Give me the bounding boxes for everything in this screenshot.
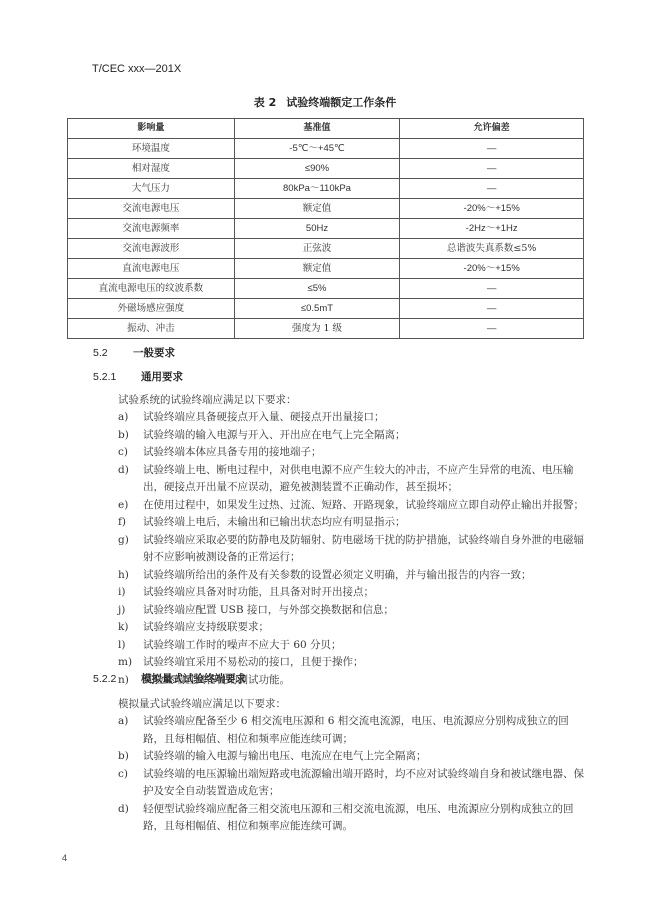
general-requirements-list: a)试验终端应具备硬接点开入量、硬接点开出量接口； b)试验终端的输入电源与开入… [118,409,588,689]
list-marker: c) [118,766,128,784]
tolerance-cell: 总谐波失真系数≤5% [400,239,584,259]
tolerance-cell: — [400,139,584,159]
list-marker: b) [118,427,129,445]
list-text: 试验终端本体应具备专用的接地端子； [143,446,322,458]
table-number: 表 2 [254,96,276,109]
intro-paragraph: 模拟量式试验终端应满足以下要求： [118,696,286,711]
table-row: 外磁场感应强度≤0.5mT— [68,299,584,319]
reference-cell: 正弦波 [234,239,400,259]
list-marker: m) [118,654,132,672]
page-number: 4 [62,853,67,863]
column-header: 基准值 [234,119,400,139]
section-number: 5.2 [93,347,133,359]
list-marker: g) [118,532,129,550]
list-text: 试验终端应支持级联要求； [143,621,269,633]
rated-conditions-table: 影响量 基准值 允许偏差 环境温度-5℃～+45℃— 相对湿度≤90%— 大气压… [67,118,584,339]
influence-cell: 大气压力 [68,179,235,199]
list-marker: c) [118,444,128,462]
list-marker: a) [118,713,128,731]
list-text: 试验终端所给出的条件及有关参数的设置必须定义明确，并与输出报告的内容一致； [143,569,532,581]
list-text: 轻便型试验终端应配备三相交流电压源和三相交流电流源，电压、电流源应分别构成独立的… [143,803,574,833]
table-row: 直流电源电压额定值-20%～+15% [68,259,584,279]
list-item: b)试验终端的输入电源与输出电压、电流应在电气上完全隔离； [118,748,588,766]
list-text: 试验终端宜采用不易松动的接口，且便于操作； [143,656,364,668]
section-heading-5-2: 5.2一般要求 [93,345,175,360]
section-title: 模拟量式试验终端要求 [141,673,246,685]
list-item: c)试验终端本体应具备专用的接地端子； [118,444,588,462]
table-row: 环境温度-5℃～+45℃— [68,139,584,159]
list-text: 试验终端的输入电源与开入、开出应在电气上完全隔离； [143,429,406,441]
list-item: h)试验终端所给出的条件及有关参数的设置必须定义明确，并与输出报告的内容一致； [118,567,588,585]
reference-cell: 额定值 [234,259,400,279]
list-text: 试验终端上电后，未输出和已输出状态均应有明显指示； [143,516,406,528]
reference-cell: 80kPa～110kPa [234,179,400,199]
list-marker: j) [118,602,125,620]
list-marker: h) [118,567,129,585]
tolerance-cell: — [400,279,584,299]
table-row: 交流电源电压额定值-20%～+15% [68,199,584,219]
list-text: 试验终端的输入电源与输出电压、电流应在电气上完全隔离； [143,750,427,762]
list-item: a)试验终端应配备至少 6 相交流电压源和 6 相交流电流源，电压、电流源应分别… [118,713,588,748]
list-marker: d) [118,801,129,819]
list-text: 试验终端工作时的噪声不应大于 60 分贝； [143,639,342,651]
list-item: f)试验终端上电后，未输出和已输出状态均应有明显指示； [118,514,588,532]
influence-cell: 直流电源电压的纹波系数 [68,279,235,299]
list-text: 试验终端应配置 USB 接口，与外部交换数据和信息； [143,604,394,616]
list-marker: k) [118,619,128,637]
section-number: 5.2.2 [93,673,141,685]
list-item: d)试验终端上电、断电过程中，对供电电源不应产生较大的冲击，不应产生异常的电流、… [118,462,588,497]
list-item: g)试验终端应采取必要的防静电及防辐射、防电磁场干扰的防护措施，试验终端自身外泄… [118,532,588,567]
table-row: 振动、冲击强度为 1 级— [68,319,584,339]
influence-cell: 外磁场感应强度 [68,299,235,319]
analog-requirements-list: a)试验终端应配备至少 6 相交流电压源和 6 相交流电流源，电压、电流源应分别… [118,713,588,836]
table-row: 直流电源电压的纹波系数≤5%— [68,279,584,299]
list-item: a)试验终端应具备硬接点开入量、硬接点开出量接口； [118,409,588,427]
table-row: 交流电源频率50Hz-2Hz～+1Hz [68,219,584,239]
list-text: 试验终端应具备对时功能，且具备对时开出接点； [143,586,374,598]
list-marker: b) [118,748,129,766]
list-marker: l) [118,637,125,655]
section-heading-5-2-1: 5.2.1通用要求 [93,369,183,384]
tolerance-cell: — [400,159,584,179]
reference-cell: ≤5% [234,279,400,299]
reference-cell: ≤90% [234,159,400,179]
list-item: b)试验终端的输入电源与开入、开出应在电气上完全隔离； [118,427,588,445]
list-text: 在使用过程中，如果发生过热、过流、短路、开路现象，试验终端应立即自动停止输出并报… [143,499,584,511]
list-marker: f) [118,514,126,532]
list-item: e)在使用过程中，如果发生过热、过流、短路、开路现象，试验终端应立即自动停止输出… [118,497,588,515]
column-header: 影响量 [68,119,235,139]
table-title: 试验终端额定工作条件 [286,96,396,109]
tolerance-cell: -2Hz～+1Hz [400,219,584,239]
list-text: 试验终端应具备硬接点开入量、硬接点开出量接口； [143,411,385,423]
tolerance-cell: — [400,299,584,319]
table-caption: 表 2试验终端额定工作条件 [0,94,650,110]
section-heading-5-2-2: 5.2.2模拟量式试验终端要求 [93,671,246,686]
list-item: j)试验终端应配置 USB 接口，与外部交换数据和信息； [118,602,588,620]
influence-cell: 直流电源电压 [68,259,235,279]
reference-cell: ≤0.5mT [234,299,400,319]
column-header: 允许偏差 [400,119,584,139]
influence-cell: 交流电源波形 [68,239,235,259]
reference-cell: 强度为 1 级 [234,319,400,339]
list-text: 试验终端上电、断电过程中，对供电电源不应产生较大的冲击，不应产生异常的电流、电压… [143,464,574,494]
influence-cell: 交流电源电压 [68,199,235,219]
influence-cell: 环境温度 [68,139,235,159]
tolerance-cell: -20%～+15% [400,199,584,219]
list-item: m)试验终端宜采用不易松动的接口，且便于操作； [118,654,588,672]
influence-cell: 振动、冲击 [68,319,235,339]
list-marker: i) [118,584,125,602]
list-item: k)试验终端应支持级联要求； [118,619,588,637]
list-marker: d) [118,462,129,480]
list-text: 试验终端应配备至少 6 相交流电压源和 6 相交流电流源，电压、电流源应分别构成… [143,715,569,745]
document-code: T/CEC xxx—201X [92,63,181,75]
section-title: 通用要求 [141,371,183,383]
list-text: 试验终端的电压源输出端短路或电流源输出端开路时，均不应对试验终端自身和被试继电器… [143,768,584,798]
tolerance-cell: — [400,179,584,199]
section-number: 5.2.1 [93,371,141,383]
reference-cell: 额定值 [234,199,400,219]
list-marker: e) [118,497,128,515]
table-row: 相对湿度≤90%— [68,159,584,179]
list-item: d)轻便型试验终端应配备三相交流电压源和三相交流电流源，电压、电流源应分别构成独… [118,801,588,836]
table-row: 交流电源波形正弦波总谐波失真系数≤5% [68,239,584,259]
list-text: 试验终端应采取必要的防静电及防辐射、防电磁场干扰的防护措施，试验终端自身外泄的电… [143,534,584,564]
list-item: i)试验终端应具备对时功能，且具备对时开出接点； [118,584,588,602]
influence-cell: 交流电源频率 [68,219,235,239]
reference-cell: -5℃～+45℃ [234,139,400,159]
tolerance-cell: — [400,319,584,339]
tolerance-cell: -20%～+15% [400,259,584,279]
list-item: l)试验终端工作时的噪声不应大于 60 分贝； [118,637,588,655]
reference-cell: 50Hz [234,219,400,239]
table-header-row: 影响量 基准值 允许偏差 [68,119,584,139]
list-marker: a) [118,409,128,427]
list-item: c)试验终端的电压源输出端短路或电流源输出端开路时，均不应对试验终端自身和被试继… [118,766,588,801]
intro-paragraph: 试验系统的试验终端应满足以下要求： [118,392,297,407]
section-title: 一般要求 [133,347,175,359]
table-row: 大气压力80kPa～110kPa— [68,179,584,199]
influence-cell: 相对湿度 [68,159,235,179]
